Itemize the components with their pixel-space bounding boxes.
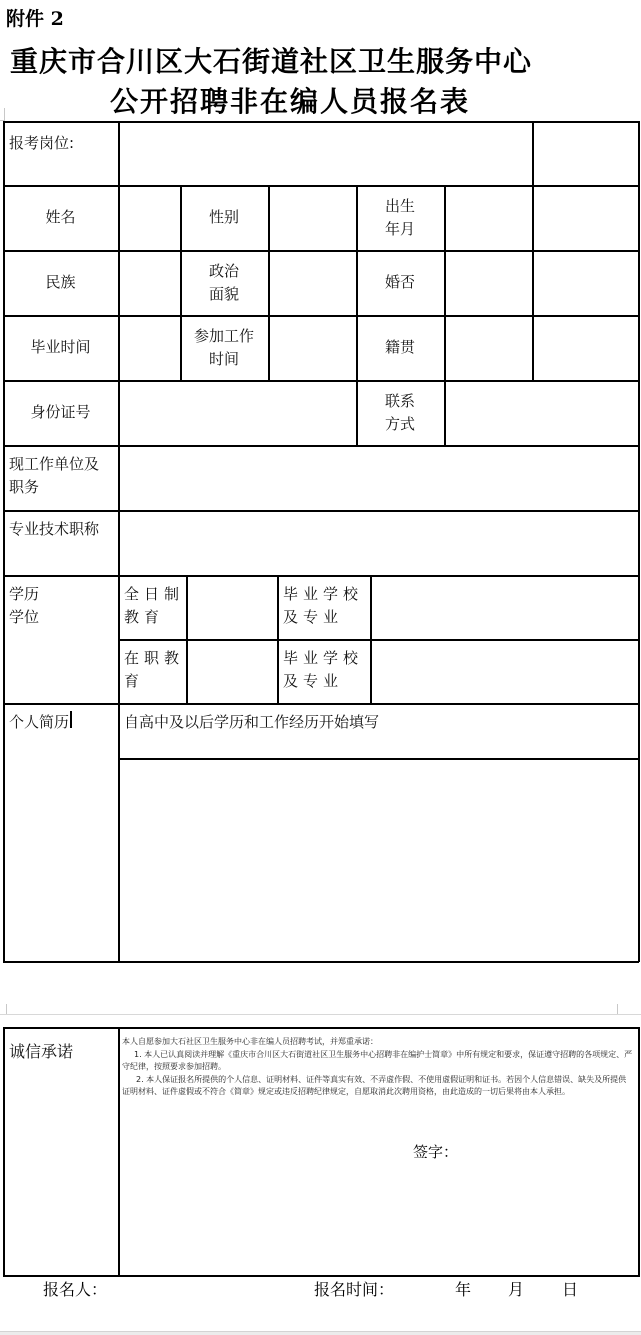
page-corner-mark: [0, 1004, 7, 1014]
contact-field[interactable]: [446, 382, 637, 444]
marital-field[interactable]: [446, 252, 531, 314]
gender-field[interactable]: [270, 187, 355, 249]
page-corner-mark: [617, 1004, 638, 1014]
gender-label: 性别: [180, 185, 268, 250]
birth-date-label: 出生 年月: [356, 185, 444, 250]
name-label: 姓名: [3, 185, 118, 250]
school-label-line2: 及专业: [283, 670, 343, 693]
attachment-label: 附件 2: [6, 4, 64, 31]
position-field[interactable]: [120, 123, 531, 184]
work-start-label: 参加工作 时间: [180, 315, 268, 380]
page-bottom-edge: [0, 1331, 641, 1335]
date-month-label: 月: [508, 1277, 524, 1300]
professional-title-label: 专业技术职称: [3, 510, 118, 575]
ethnicity-label: 民族: [3, 250, 118, 315]
pledge-text: 本人自愿参加大石社区卫生服务中心非在编人员招聘考试，并郑重承诺： 1. 本人已认…: [122, 1036, 634, 1099]
inservice-education-field[interactable]: [188, 641, 276, 702]
fulltime-education-label: 全日制 教育: [118, 575, 186, 639]
native-place-label: 籍贯: [356, 315, 444, 380]
education-label: 学历 学位: [3, 575, 118, 703]
political-label-line1: 政治: [209, 260, 239, 283]
inservice-label-line1: 在职教: [124, 647, 184, 670]
professional-title-field[interactable]: [120, 512, 637, 574]
page-title-line1: 重庆市合川区大石街道社区卫生服务中心: [10, 40, 610, 80]
political-status-label: 政治 面貌: [180, 250, 268, 315]
pledge-label: 诚信承诺: [3, 1032, 118, 1072]
page-title-line2: 公开招聘非在编人员报名表: [110, 80, 530, 120]
page-break-line: [0, 1014, 641, 1015]
resume-label: 个人简历: [3, 703, 118, 743]
school-label-line2: 及专业: [283, 606, 343, 629]
graduation-time-label: 毕业时间: [3, 315, 118, 380]
school-label-line1: 毕业学校: [283, 583, 363, 606]
work-start-label-line2: 时间: [209, 348, 239, 371]
native-place-field[interactable]: [446, 317, 531, 379]
id-number-field[interactable]: [120, 382, 355, 444]
contact-label-line1: 联系: [385, 390, 415, 413]
date-day-label: 日: [562, 1277, 578, 1300]
resume-label-text: 个人简历: [9, 711, 69, 734]
fulltime-school-label: 毕业学校 及专业: [277, 575, 370, 639]
date-year-label: 年: [455, 1277, 471, 1300]
work-start-field[interactable]: [270, 317, 355, 379]
education-label-line1: 学历: [9, 583, 39, 606]
applicant-label: 报名人：: [43, 1277, 107, 1300]
photo-area: [534, 123, 637, 379]
inservice-education-label: 在职教 育: [118, 639, 186, 703]
position-label: 报考岗位:: [3, 121, 118, 165]
fulltime-school-field[interactable]: [372, 577, 637, 638]
fulltime-education-field[interactable]: [188, 577, 276, 638]
current-employer-field[interactable]: [120, 447, 637, 509]
inservice-label-line2: 育: [124, 670, 144, 693]
marital-label: 婚否: [356, 250, 444, 315]
inservice-school-field[interactable]: [372, 641, 637, 702]
resume-field[interactable]: [120, 760, 637, 960]
registration-date-label: 报名时间：: [314, 1277, 394, 1300]
pledge-intro: 本人自愿参加大石社区卫生服务中心非在编人员招聘考试，并郑重承诺：: [122, 1036, 634, 1049]
pledge-item-2: 2. 本人保证报名所提供的个人信息、证明材料、证件等真实有效、不弄虚作假、不使用…: [122, 1074, 634, 1099]
birth-label-line1: 出生: [385, 195, 415, 218]
signature-label: 签字：: [413, 1141, 458, 1162]
inservice-school-label: 毕业学校 及专业: [277, 639, 370, 703]
ethnicity-field[interactable]: [120, 252, 179, 314]
fulltime-label-line1: 全日制: [124, 583, 184, 606]
id-number-label: 身份证号: [3, 380, 118, 445]
resume-hint[interactable]: 自高中及以后学历和工作经历开始填写: [118, 703, 638, 758]
graduation-time-field[interactable]: [120, 317, 179, 379]
page-corner-mark: [0, 108, 5, 121]
contact-label-line2: 方式: [385, 413, 415, 436]
fulltime-label-line2: 教育: [124, 606, 164, 629]
contact-label: 联系 方式: [356, 380, 444, 445]
current-employer-label-line2: 职务: [9, 476, 39, 499]
current-employer-label: 现工作单位及 职务: [3, 445, 118, 510]
pledge-item-1: 1. 本人已认真阅读并理解《重庆市合川区大石街道社区卫生服务中心招聘非在编护士简…: [122, 1049, 634, 1074]
political-status-field[interactable]: [270, 252, 355, 314]
text-cursor: [70, 711, 72, 728]
birth-label-line2: 年月: [385, 218, 415, 241]
political-label-line2: 面貌: [209, 283, 239, 306]
work-start-label-line1: 参加工作: [194, 325, 254, 348]
signature-field[interactable]: [470, 1136, 620, 1164]
current-employer-label-line1: 现工作单位及: [9, 453, 99, 476]
birth-date-field[interactable]: [446, 187, 531, 249]
school-label-line1: 毕业学校: [283, 647, 363, 670]
name-field[interactable]: [120, 187, 179, 249]
education-label-line2: 学位: [9, 606, 39, 629]
